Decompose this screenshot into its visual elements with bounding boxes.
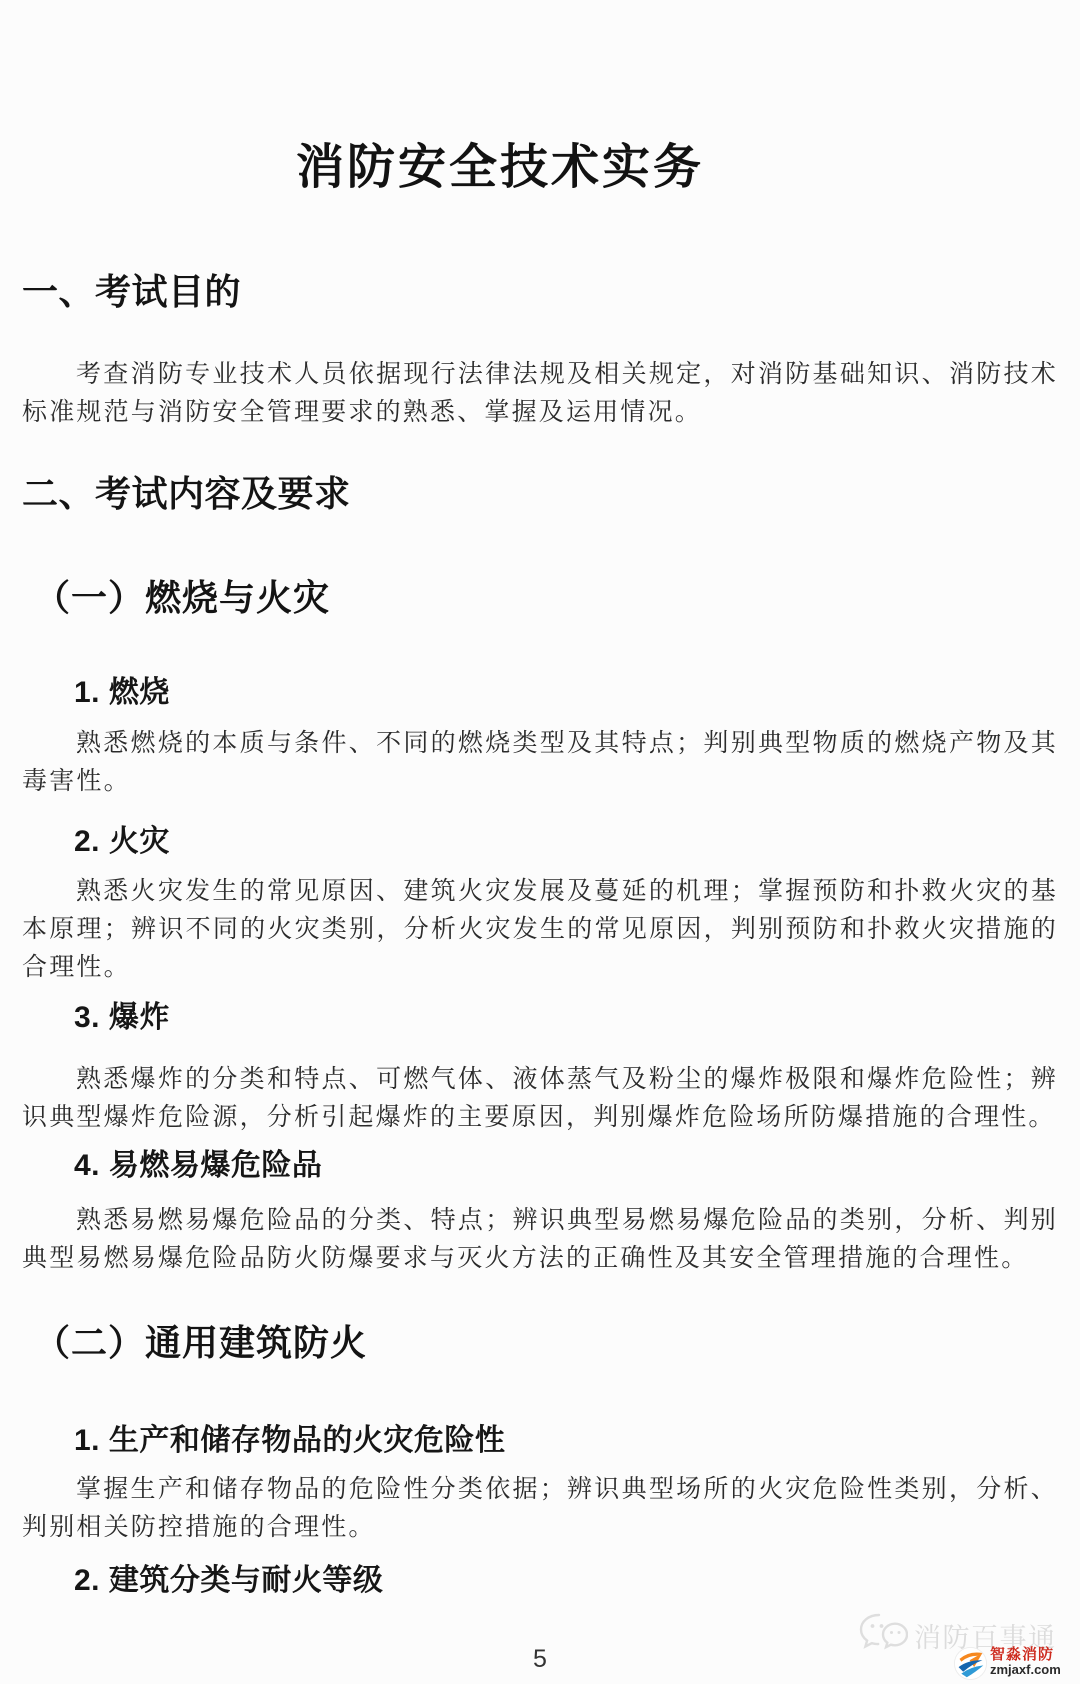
section-heading-exam-purpose: 一、考试目的 (22, 272, 1058, 312)
page-title: 消防安全技术实务 (22, 140, 978, 195)
paragraph-combustion: 熟悉燃烧的本质与条件、不同的燃烧类型及其特点；判别典型物质的燃烧产物及其毒害性。 (22, 725, 1058, 801)
item-heading-explosion: 3. 爆炸 (22, 1000, 1058, 1036)
page-number: 5 (0, 1645, 1080, 1674)
paragraph-explosion: 熟悉爆炸的分类和特点、可燃气体、液体蒸气及粉尘的爆炸极限和爆炸危险性；辨识典型爆… (22, 1061, 1058, 1137)
item-heading-combustion: 1. 燃烧 (22, 675, 1058, 711)
subsection-heading-combustion-and-fire: （一）燃烧与火灾 (22, 576, 1058, 620)
section-heading-exam-content: 二、考试内容及要求 (22, 474, 1058, 514)
item-heading-fire: 2. 火灾 (22, 824, 1058, 860)
paragraph-flammable-explosive-goods: 熟悉易燃易爆危险品的分类、特点；辨识典型易燃易爆危险品的类别，分析、判别典型易燃… (22, 1202, 1058, 1278)
item-heading-building-classification-fire-resistance: 2. 建筑分类与耐火等级 (22, 1563, 1058, 1599)
document-page: 消防安全技术实务 一、考试目的 考查消防专业技术人员依据现行法律法规及相关规定，… (0, 140, 1080, 1599)
item-heading-flammable-explosive-goods: 4. 易燃易爆危险品 (22, 1148, 1058, 1184)
paragraph-exam-purpose: 考查消防专业技术人员依据现行法律法规及相关规定，对消防基础知识、消防技术标准规范… (22, 356, 1058, 432)
subsection-heading-general-building-fire-protection: （二）通用建筑防火 (22, 1321, 1058, 1365)
paragraph-fire: 熟悉火灾发生的常见原因、建筑火灾发展及蔓延的机理；掌握预防和扑救火灾的基本原理；… (22, 873, 1058, 987)
item-heading-fire-risk-of-goods: 1. 生产和储存物品的火灾危险性 (22, 1423, 1058, 1459)
paragraph-fire-risk-of-goods: 掌握生产和储存物品的危险性分类依据；辨识典型场所的火灾危险性类别，分析、判别相关… (22, 1471, 1058, 1547)
